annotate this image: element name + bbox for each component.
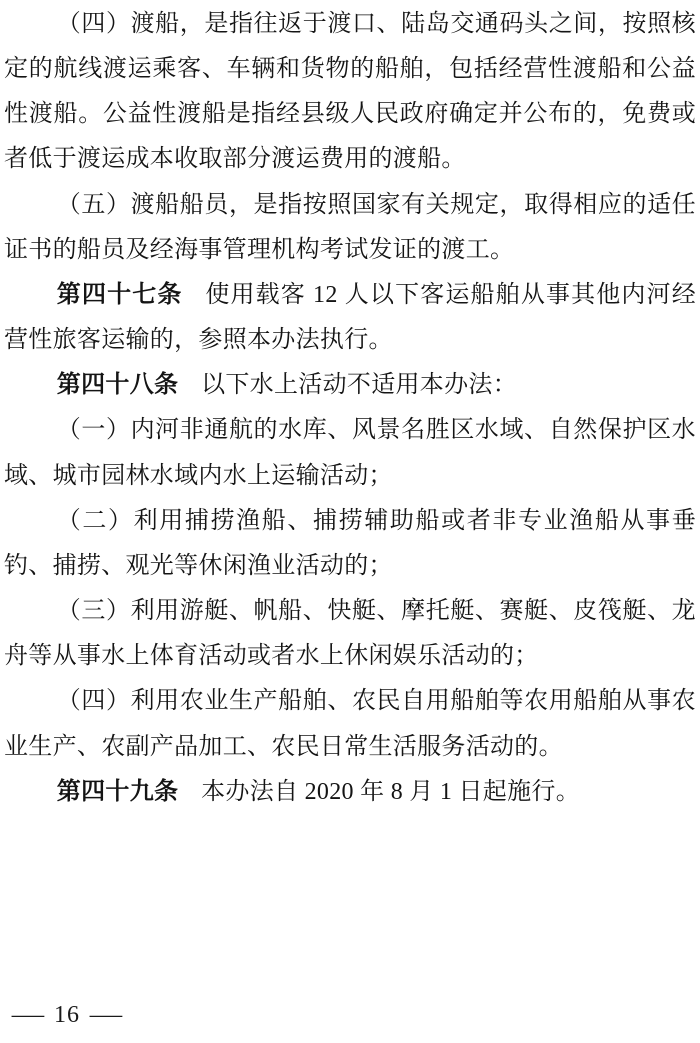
paragraph-text: （二）利用捕捞渔船、捕捞辅助船或者非专业渔船从事垂钓、捕捞、观光等休闲渔业活动的… xyxy=(4,508,696,579)
footer-dash-right: — xyxy=(90,1002,122,1029)
article-47-number: 第四十七条 xyxy=(57,282,183,308)
paragraph-text: 以下水上活动不适用本办法： xyxy=(201,372,517,398)
paragraph-text: （一）内河非通航的水库、风景名胜区水域、自然保护区水域、城市园林水域内水上运输活… xyxy=(4,417,696,488)
paragraph-text: 本办法自 2020 年 8 月 1 日起施行。 xyxy=(201,779,580,805)
paragraph-definition-ferry: （四）渡船，是指往返于渡口、陆岛交通码头之间，按照核定的航线渡运乘客、车辆和货物… xyxy=(4,2,696,183)
paragraph-item-3: （三）利用游艇、帆船、快艇、摩托艇、赛艇、皮筏艇、龙舟等从事水上体育活动或者水上… xyxy=(4,589,696,679)
paragraph-item-4: （四）利用农业生产船舶、农民自用船舶等农用船舶从事农业生产、农副产品加工、农民日… xyxy=(4,679,696,769)
page-number: 16 xyxy=(54,1002,80,1029)
paragraph-text: （五）渡船船员，是指按照国家有关规定，取得相应的适任证书的船员及经海事管理机构考… xyxy=(4,192,696,263)
paragraph-text: （四）利用农业生产船舶、农民自用船舶等农用船舶从事农业生产、农副产品加工、农民日… xyxy=(4,688,696,759)
paragraph-item-1: （一）内河非通航的水库、风景名胜区水域、自然保护区水域、城市园林水域内水上运输活… xyxy=(4,408,696,498)
page-footer: — 16 — xyxy=(6,1002,128,1029)
document-body: （四）渡船，是指往返于渡口、陆岛交通码头之间，按照核定的航线渡运乘客、车辆和货物… xyxy=(0,0,700,815)
article-49-number: 第四十九条 xyxy=(57,779,179,805)
article-48-number: 第四十八条 xyxy=(57,372,179,398)
paragraph-definition-ferry-crew: （五）渡船船员，是指按照国家有关规定，取得相应的适任证书的船员及经海事管理机构考… xyxy=(4,183,696,273)
document-page: （四）渡船，是指往返于渡口、陆岛交通码头之间，按照核定的航线渡运乘客、车辆和货物… xyxy=(0,0,700,1043)
paragraph-text: （三）利用游艇、帆船、快艇、摩托艇、赛艇、皮筏艇、龙舟等从事水上体育活动或者水上… xyxy=(4,598,696,669)
paragraph-article-47: 第四十七条使用载客 12 人以下客运船舶从事其他内河经营性旅客运输的，参照本办法… xyxy=(4,273,696,363)
paragraph-article-48: 第四十八条以下水上活动不适用本办法： xyxy=(4,363,696,408)
paragraph-text: （四）渡船，是指往返于渡口、陆岛交通码头之间，按照核定的航线渡运乘客、车辆和货物… xyxy=(4,11,696,172)
paragraph-item-2: （二）利用捕捞渔船、捕捞辅助船或者非专业渔船从事垂钓、捕捞、观光等休闲渔业活动的… xyxy=(4,499,696,589)
footer-dash-left: — xyxy=(12,1002,44,1029)
paragraph-article-49: 第四十九条本办法自 2020 年 8 月 1 日起施行。 xyxy=(4,770,696,815)
